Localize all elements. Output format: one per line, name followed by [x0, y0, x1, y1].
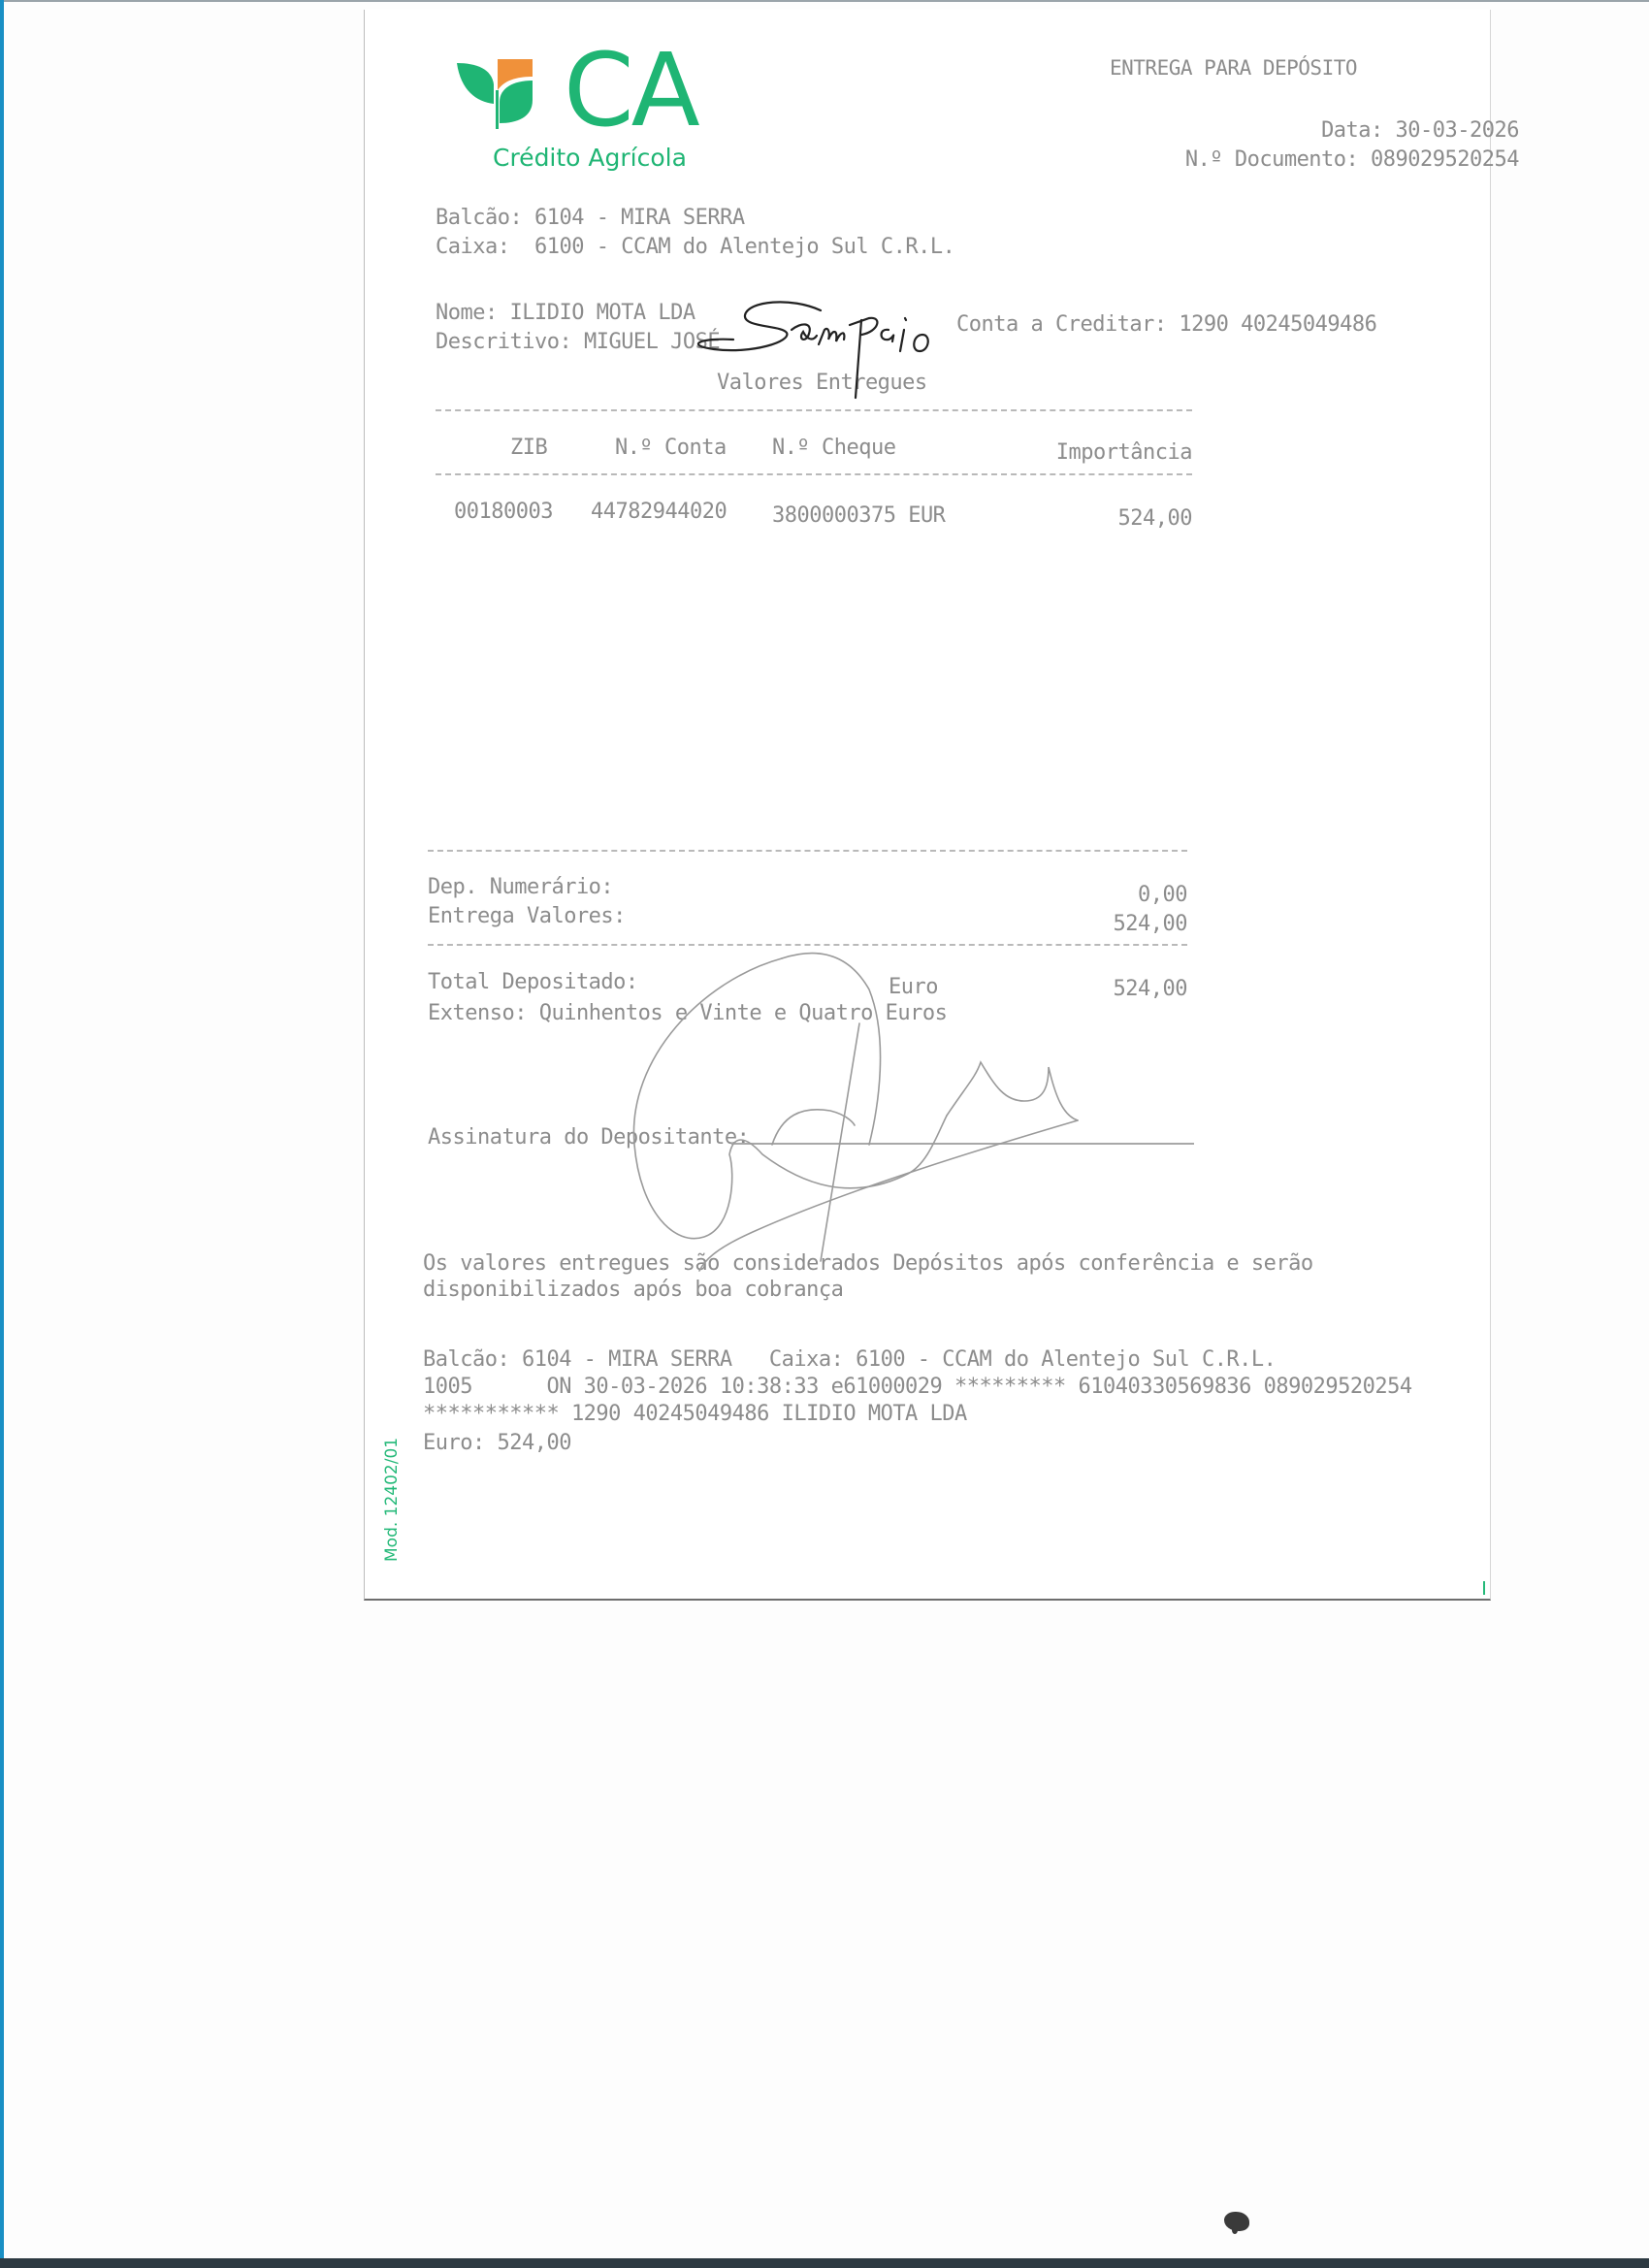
caixa-value: 6100 - CCAM do Alentejo Sul C.R.L.	[534, 235, 954, 259]
scan-bottom-edge	[0, 2258, 1649, 2268]
balcao-label: Balcão:	[436, 206, 522, 230]
scan-stain	[1232, 2226, 1238, 2234]
cell-amount: 524,00	[995, 504, 1192, 534]
column-header-cheque: N.º Cheque	[772, 434, 895, 463]
values-table-title: Valores Entregues	[717, 369, 927, 398]
branch-balcao: Balcão: 6104 - MIRA SERRA	[436, 204, 745, 233]
client-name: Nome: ILIDIO MOTA LDA	[436, 299, 695, 328]
footer-line-4: Euro: 524,00	[423, 1429, 571, 1458]
descriptive-label: Descritivo:	[436, 330, 571, 354]
document-title: ENTREGA PARA DEPÓSITO	[1110, 53, 1357, 82]
total-label: Total Depositado:	[428, 968, 638, 997]
divider	[436, 473, 1192, 475]
column-header-account: N.º Conta	[615, 434, 727, 463]
bank-name: Crédito Agrícola	[493, 144, 687, 172]
account-value: 1290 40245049486	[1179, 312, 1376, 337]
total-value: 524,00	[995, 975, 1187, 1004]
balcao-value: 6104 - MIRA SERRA	[534, 206, 745, 230]
footer-line-2: 1005 ON 30-03-2026 10:38:33 e61000029 **…	[423, 1373, 1412, 1402]
credit-account: Conta a Creditar: 1290 40245049486	[956, 310, 1376, 340]
account-label: Conta a Creditar:	[956, 312, 1167, 337]
caixa-label: Caixa:	[436, 235, 509, 259]
form-code: Mod. 12402/01	[382, 1438, 402, 1562]
cell-zib: 00180003	[454, 498, 553, 527]
divider	[436, 409, 1192, 411]
divider	[428, 850, 1187, 852]
footer-line-1: Balcão: 6104 - MIRA SERRA Caixa: 6100 - …	[423, 1345, 1276, 1375]
leaf-logo-icon	[457, 53, 554, 131]
deposit-receipt: CA Crédito Agrícola ENTREGA PARA DEPÓSIT…	[364, 10, 1491, 1601]
client-descriptive: Descritivo: MIGUEL JOSÉ	[436, 328, 720, 357]
values-value: 524,00	[995, 910, 1187, 939]
cash-value: 0,00	[995, 881, 1187, 910]
name-value: ILIDIO MOTA LDA	[509, 301, 695, 325]
cell-cheque: 3800000375 EUR	[772, 502, 945, 531]
date-value: 30-03-2026	[1396, 118, 1519, 143]
notice-line-2: disponibilizados após boa cobrança	[423, 1276, 843, 1305]
amount-in-words: Extenso: Quinhentos e Vinte e Quatro Eur…	[428, 999, 947, 1028]
name-label: Nome:	[436, 301, 498, 325]
signature-label: Assinatura do Depositante:	[428, 1123, 749, 1152]
total-currency: Euro	[889, 973, 938, 1002]
logo-abbrev: CA	[564, 42, 697, 139]
green-tick-mark	[1483, 1581, 1485, 1595]
values-label: Entrega Valores:	[428, 902, 626, 931]
descriptive-value: MIGUEL JOSÉ	[584, 330, 720, 354]
date-label: Data:	[1321, 118, 1383, 143]
column-header-amount: Importância	[947, 438, 1192, 468]
scan-left-edge	[0, 0, 4, 2268]
document-date: Data: 30-03-2026	[1141, 116, 1519, 146]
branch-caixa: Caixa: 6100 - CCAM do Alentejo Sul C.R.L…	[436, 233, 954, 262]
notice-line-1: Os valores entregues são considerados De…	[423, 1249, 1313, 1279]
column-header-zib: ZIB	[510, 434, 547, 463]
scan-top-edge	[0, 0, 1649, 2]
cell-account: 44782944020	[591, 498, 727, 527]
document-number: N.º Documento: 089029520254	[1034, 146, 1519, 175]
signature-line	[731, 1143, 1194, 1145]
doc-number-label: N.º Documento:	[1185, 147, 1358, 172]
doc-number-value: 089029520254	[1371, 147, 1519, 172]
divider	[428, 944, 1187, 946]
footer-line-3: *********** 1290 40245049486 ILIDIO MOTA…	[423, 1400, 967, 1429]
words-label: Extenso:	[428, 1001, 527, 1025]
words-value: Quinhentos e Vinte e Quatro Euros	[539, 1001, 948, 1025]
cash-label: Dep. Numerário:	[428, 873, 613, 902]
